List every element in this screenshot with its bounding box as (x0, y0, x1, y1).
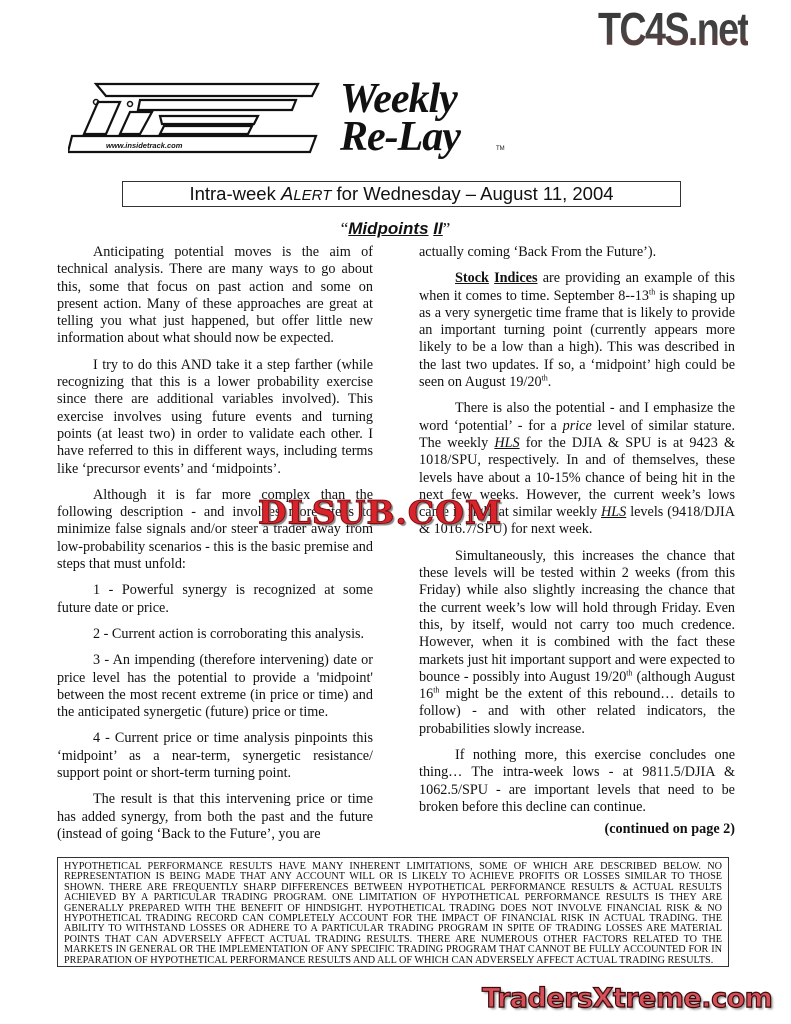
left-column: Anticipating potential moves is the aim … (57, 244, 373, 852)
alert-word-first: A (281, 183, 293, 204)
alert-word-rest: LERT (293, 187, 331, 204)
step-item: 2 - Current action is corroborating this… (57, 626, 373, 643)
logo-url: www.insidetrack.com (106, 141, 183, 150)
paragraph: If nothing more, this exercise concludes… (419, 747, 735, 816)
dlsub-watermark: DLSUB.COM (258, 494, 502, 531)
trademark: TM (496, 146, 505, 152)
step-item: 3 - An impending (therefore intervening)… (57, 652, 373, 721)
paragraph: The result is that this intervening pric… (57, 791, 373, 843)
paragraph: Anticipating potential moves is the aim … (57, 244, 373, 348)
alert-banner: Intra-week ALERT for Wednesday – August … (122, 181, 681, 207)
paragraph: Simultaneously, this increases the chanc… (419, 548, 735, 738)
step-item: 1 - Powerful synergy is recognized at so… (57, 582, 373, 617)
text-run: might be the extent of this rebound… det… (419, 686, 735, 737)
price-emphasis: price (563, 418, 592, 434)
masthead-title: Weekly Re-Lay (340, 80, 460, 156)
hls-term: HLS (494, 435, 519, 451)
stock-label: Stock (455, 270, 489, 286)
masthead-title-line1: Weekly (340, 80, 460, 118)
title-close-quote: ” (443, 219, 451, 238)
continued-note: (continued on page 2) (419, 821, 735, 838)
article-title: “Midpoints II” (0, 219, 791, 239)
alert-prefix: Intra-week (189, 183, 281, 204)
alert-date: for Wednesday – August 11, 2004 (331, 183, 613, 204)
hls-term: HLS (601, 504, 626, 520)
tc4s-watermark: TC4S.net (598, 2, 748, 56)
paragraph: I try to do this AND take it a step fart… (57, 357, 373, 478)
disclaimer-box: HYPOTHETICAL PERFORMANCE RESULTS HAVE MA… (57, 857, 729, 967)
title-word-midpoints: Midpoints (348, 219, 428, 238)
step-item: 4 - Current price or time analysis pinpo… (57, 730, 373, 782)
insidetrack-logo-icon: www.insidetrack.com (68, 78, 338, 156)
indices-label: Indices (494, 270, 537, 286)
right-column: actually coming ‘Back From the Future’).… (419, 244, 735, 848)
masthead-title-line2: Re-Lay (340, 118, 460, 156)
paragraph: actually coming ‘Back From the Future’). (419, 244, 735, 261)
text-run: . (548, 374, 552, 390)
paragraph: Stock Indices are providing an example o… (419, 270, 735, 391)
text-run: Simultaneously, this increases the chanc… (419, 548, 735, 685)
tradersxtreme-watermark: TradersXtreme.com (482, 983, 772, 1014)
title-word-ii: II (433, 219, 442, 238)
